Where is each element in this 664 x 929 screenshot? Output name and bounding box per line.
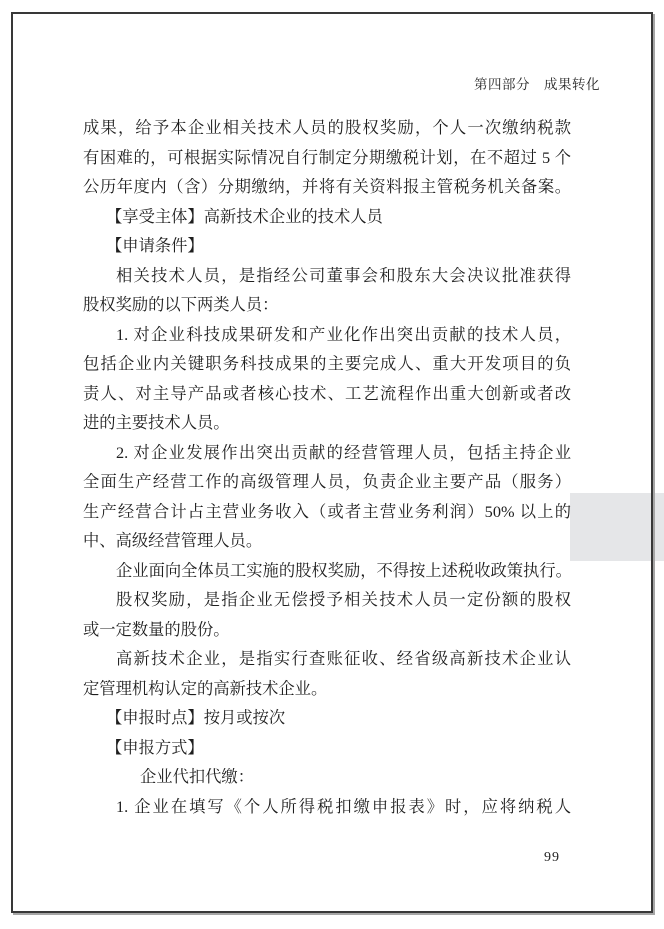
text-line: 【申请条件】 <box>83 231 571 261</box>
page-number: 99 <box>544 849 560 867</box>
page-border: 第四部分 成果转化 成果，给予本企业相关技术人员的股权奖励，个人一次缴纳税款有困… <box>11 12 653 913</box>
text-line: 责人、对主导产品或者核心技术、工艺流程作出重大创新或者改 <box>83 379 571 409</box>
body-text: 成果，给予本企业相关技术人员的股权奖励，个人一次缴纳税款有困难的，可根据实际情况… <box>83 113 571 821</box>
text-line: 进的主要技术人员。 <box>83 408 571 438</box>
text-line: 有困难的，可根据实际情况自行制定分期缴税计划，在不超过 5 个 <box>83 143 571 173</box>
text-line: 包括企业内关键职务科技成果的主要完成人、重大开发项目的负 <box>83 349 571 379</box>
text-line: 1. 企业在填写《个人所得税扣缴申报表》时，应将纳税人 <box>83 792 571 822</box>
text-line: 成果，给予本企业相关技术人员的股权奖励，个人一次缴纳税款 <box>83 113 571 143</box>
text-line: 1. 对企业科技成果研发和产业化作出突出贡献的技术人员， <box>83 320 571 350</box>
text-line: 中、高级经营管理人员。 <box>83 526 571 556</box>
text-line: 生产经营合计占主营业务收入（或者主营业务利润）50% 以上的 <box>83 497 571 527</box>
text-line: 相关技术人员，是指经公司董事会和股东大会决议批准获得 <box>83 261 571 291</box>
text-line: 【申报方式】 <box>83 733 571 763</box>
text-line: 2. 对企业发展作出突出贡献的经营管理人员，包括主持企业 <box>83 438 571 468</box>
running-header: 第四部分 成果转化 <box>474 76 600 94</box>
text-line: 企业面向全体员工实施的股权奖励，不得按上述税收政策执行。 <box>83 556 571 586</box>
scanned-book-page: 第四部分 成果转化 成果，给予本企业相关技术人员的股权奖励，个人一次缴纳税款有困… <box>0 0 664 929</box>
text-line: 全面生产经营工作的高级管理人员，负责企业主要产品（服务） <box>83 467 571 497</box>
text-line: 企业代扣代缴： <box>83 762 571 792</box>
text-line: 定管理机构认定的高新技术企业。 <box>83 674 571 704</box>
text-line: 高新技术企业，是指实行查账征收、经省级高新技术企业认 <box>83 644 571 674</box>
text-line: 【享受主体】高新技术企业的技术人员 <box>83 202 571 232</box>
text-line: 或一定数量的股份。 <box>83 615 571 645</box>
text-line: 公历年度内（含）分期缴纳，并将有关资料报主管税务机关备案。 <box>83 172 571 202</box>
text-line: 股权奖励，是指企业无偿授予相关技术人员一定份额的股权 <box>83 585 571 615</box>
text-line: 【申报时点】按月或按次 <box>83 703 571 733</box>
text-line: 股权奖励的以下两类人员： <box>83 290 571 320</box>
